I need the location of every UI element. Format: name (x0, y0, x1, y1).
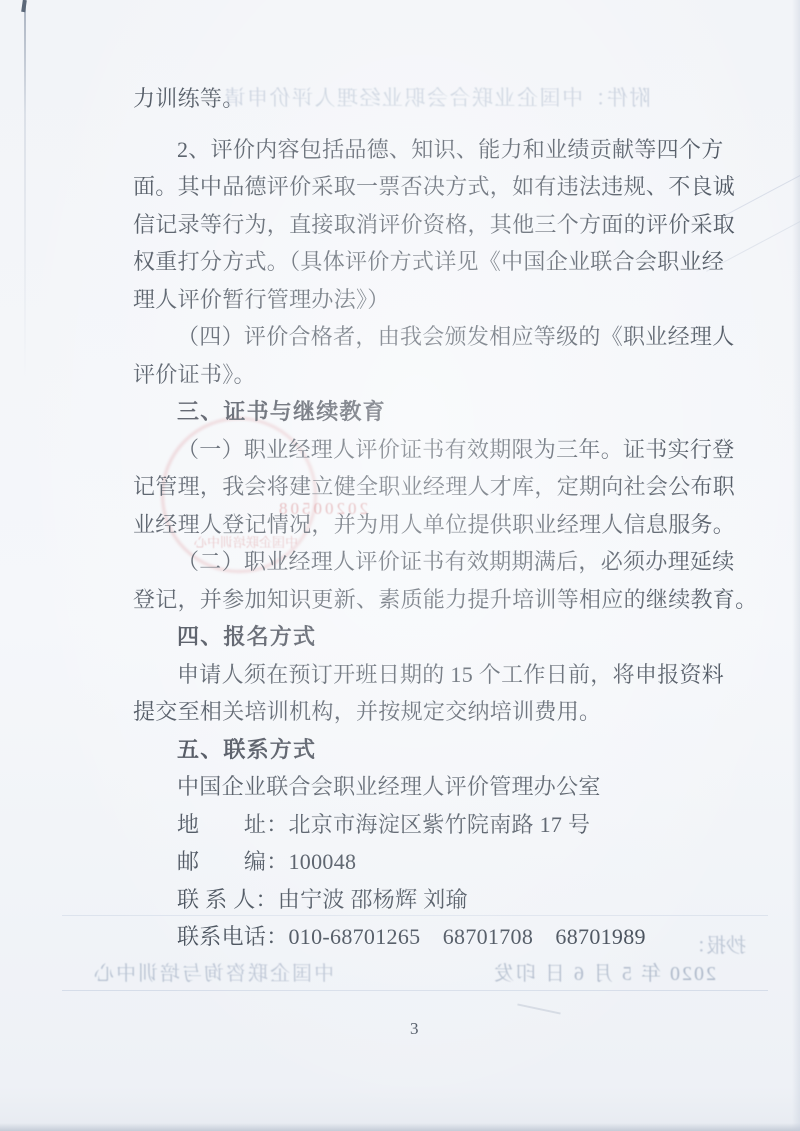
bleed-through-issuer: 中国企联咨询与培训中心 (92, 957, 334, 986)
contact-persons-line: 联 系 人：由宁波 邵杨辉 刘瑜 (133, 881, 713, 919)
heading-contact-method: 五、联系方式 (133, 731, 713, 769)
contact-phone-line: 联系电话：010-68701265 68701708 68701989 (133, 918, 713, 956)
doc-line: 2、评价内容包括品德、知识、能力和业绩贡献等四个方 (133, 131, 713, 169)
doc-line: 理人评价暂行管理办法》） (133, 281, 713, 319)
fold-line-artifact (24, 0, 26, 380)
scanned-page: 附件：中国企业联合会职业经理人评价申请 20200508 中国企联培训中心 力训… (0, 0, 800, 1131)
doc-line: 申请人须在预订开班日期的 15 个工作日前，将申报资料 (133, 656, 713, 694)
contact-postcode-line: 邮 编：100048 (133, 843, 713, 881)
bleed-through-rule (62, 990, 768, 991)
bleed-through-rule (62, 915, 768, 916)
doc-line: 信记录等行为，直接取消评价资格，其他三个方面的评价采取 (133, 206, 713, 244)
page-right-edge (792, 0, 800, 1131)
doc-line: （一）职业经理人评价证书有效期限为三年。证书实行登 (133, 431, 713, 469)
doc-line: 评价证书》。 (133, 356, 713, 394)
doc-line: 业经理人登记情况，并为用人单位提供职业经理人信息服务。 (133, 506, 713, 544)
scan-streak (517, 1003, 560, 1014)
bleed-through-cc: 抄报： (686, 929, 746, 958)
mirrored-text: 2020 年 5 月 6 日 印发 (492, 957, 716, 986)
contact-address-line: 地 址：北京市海淀区紫竹院南路 17 号 (133, 806, 713, 844)
page-number: 3 (410, 1019, 419, 1039)
heading-registration-method: 四、报名方式 (133, 618, 713, 656)
page-bottom-edge (0, 1123, 800, 1131)
document-body: 力训练等。 2、评价内容包括品德、知识、能力和业绩贡献等四个方 面。其中品德评价… (133, 80, 713, 956)
doc-line: 面。其中品德评价采取一票否决方式，如有违法违规、不良诚 (133, 168, 713, 206)
doc-line: 提交至相关培训机构，并按规定交纳培训费用。 (133, 693, 713, 731)
heading-certificate-education: 三、证书与继续教育 (133, 393, 713, 431)
doc-line: 登记，并参加知识更新、素质能力提升培训等相应的继续教育。 (133, 581, 713, 619)
bleed-through-issue-date: 2020 年 5 月 6 日 印发 (492, 957, 716, 986)
mirrored-text: 中国企联咨询与培训中心 (92, 957, 334, 986)
mirrored-text: 抄报： (686, 929, 746, 958)
doc-line: 记管理，我会将建立健全职业经理人才库，定期向社会公布职 (133, 468, 713, 506)
contact-office-line: 中国企业联合会职业经理人评价管理办公室 (133, 768, 713, 806)
doc-line: （四）评价合格者，由我会颁发相应等级的《职业经理人 (133, 318, 713, 356)
doc-line: 力训练等。 (133, 80, 713, 118)
doc-line: 权重打分方式。（具体评价方式详见《中国企业联合会职业经 (133, 243, 713, 281)
doc-line: （二）职业经理人评价证书有效期期满后，必须办理延续 (133, 543, 713, 581)
